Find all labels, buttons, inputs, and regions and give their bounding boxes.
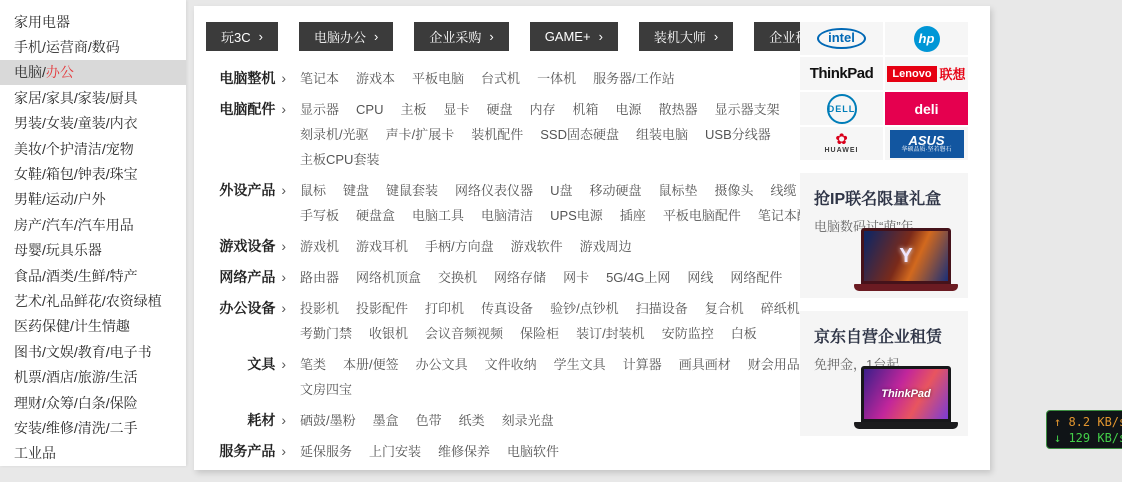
- category-link[interactable]: 网线: [687, 270, 713, 285]
- hp-wordmark: hp: [914, 26, 940, 52]
- brand-grid: intelhpThinkPadLenovo联想DELLdeli✿HUAWEIAS…: [800, 22, 968, 160]
- category-label-text: 电脑整机: [219, 70, 275, 86]
- category-row: 电脑配件›显示器CPU主板显卡硬盘内存机箱电源散热器显示器支架刻录机/光驱声卡/…: [206, 97, 806, 172]
- category-link[interactable]: 碎纸机: [761, 301, 800, 316]
- asus-tagline: 华硕品质·坚若磐石: [902, 147, 952, 154]
- category-link[interactable]: 网络机顶盒: [356, 270, 421, 285]
- category-link[interactable]: 装机配件: [471, 127, 523, 142]
- sidebar-item[interactable]: 房产/汽车/汽车用品: [0, 212, 186, 237]
- chevron-right-icon: ›: [281, 356, 286, 372]
- category-link[interactable]: 主板CPU套装: [300, 152, 379, 167]
- category-link[interactable]: UPS电源: [550, 208, 603, 223]
- chevron-right-icon: ›: [714, 29, 718, 44]
- category-link[interactable]: 安防监控: [662, 326, 714, 341]
- category-links: 路由器网络机顶盒交换机网络存储网卡5G/4G上网网线网络配件: [300, 265, 799, 290]
- category-link[interactable]: 计算器: [623, 357, 662, 372]
- chevron-right-icon: ›: [599, 29, 603, 44]
- promo-title: 京东自营企业租赁: [814, 324, 968, 347]
- thinkpad-brand-logo[interactable]: ThinkPad: [800, 57, 883, 90]
- category-link[interactable]: 服务器/工作站: [593, 71, 675, 86]
- category-link[interactable]: 一体机: [537, 71, 576, 86]
- intel-wordmark: intel: [817, 28, 866, 49]
- category-links: 鼠标键盘键鼠套装网络仪表仪器U盘移动硬盘鼠标垫摄像头线缆手写板硬盘盒电脑工具电脑…: [300, 178, 840, 228]
- sidebar-item-label: 安装/维修/清洗/二手: [14, 418, 138, 438]
- category-link[interactable]: 游戏周边: [580, 239, 632, 254]
- sidebar-item[interactable]: 男鞋/运动/户外: [0, 187, 186, 212]
- category-link[interactable]: 财会用品: [748, 357, 800, 372]
- huawei-brand-logo[interactable]: ✿HUAWEI: [800, 127, 883, 160]
- lenovo-brand-logo[interactable]: Lenovo联想: [885, 57, 968, 90]
- category-label-link[interactable]: 服务产品›: [206, 439, 286, 464]
- category-label-link[interactable]: 办公设备›: [206, 296, 286, 346]
- chevron-right-icon: ›: [281, 182, 286, 198]
- asus-brand-logo[interactable]: ASUS华硕品质·坚若磐石: [885, 127, 968, 160]
- sidebar-item[interactable]: 医药保健/计生情趣: [0, 314, 186, 339]
- category-link[interactable]: 色带: [416, 413, 442, 428]
- quick-link-label: 电脑办公: [314, 27, 366, 46]
- sidebar-item-label: 女鞋/箱包/钟表/珠宝: [14, 164, 138, 184]
- category-row: 游戏设备›游戏机游戏耳机手柄/方向盘游戏软件游戏周边: [206, 234, 806, 259]
- category-link[interactable]: 装订/封装机: [576, 326, 645, 341]
- category-link[interactable]: 电脑工具: [412, 208, 464, 223]
- deli-brand-logo[interactable]: deli: [885, 92, 968, 125]
- category-link[interactable]: 游戏耳机: [356, 239, 408, 254]
- chevron-right-icon: ›: [281, 443, 286, 459]
- category-link[interactable]: 游戏本: [356, 71, 395, 86]
- promo-card-enterprise-rental[interactable]: 京东自营企业租赁 免押金，1台起 ThinkPad: [800, 311, 968, 436]
- category-row: 办公设备›投影机投影配件打印机传真设备验钞/点钞机扫描设备复合机碎纸机考勤门禁收…: [206, 296, 806, 346]
- category-link[interactable]: 墨盒: [373, 413, 399, 428]
- category-link[interactable]: 插座: [620, 208, 646, 223]
- category-link[interactable]: 平板电脑: [412, 71, 464, 86]
- quick-link-button[interactable]: 电脑办公›: [299, 22, 393, 51]
- quick-link-label: 企业采购: [429, 27, 481, 46]
- sidebar-item-label: 男鞋/运动/户外: [14, 189, 106, 209]
- lenovo-wordmark: Lenovo: [887, 66, 936, 82]
- quick-link-label: 玩3C: [221, 27, 251, 46]
- category-link-line: 路由器网络机顶盒交换机网络存储网卡5G/4G上网网线网络配件: [300, 265, 799, 290]
- category-link[interactable]: 办公文具: [416, 357, 468, 372]
- sidebar-item[interactable]: 安装/维修/清洗/二手: [0, 415, 186, 440]
- category-link[interactable]: 游戏机: [300, 239, 339, 254]
- category-row: 外设产品›鼠标键盘键鼠套装网络仪表仪器U盘移动硬盘鼠标垫摄像头线缆手写板硬盘盒电…: [206, 178, 806, 228]
- deli-wordmark: deli: [885, 92, 968, 125]
- laptop-base: [854, 422, 958, 429]
- category-label-text: 外设产品: [219, 182, 275, 198]
- category-link-line: 游戏机游戏耳机手柄/方向盘游戏软件游戏周边: [300, 234, 649, 259]
- category-link[interactable]: 电脑清洁: [481, 208, 533, 223]
- category-link[interactable]: 显卡: [443, 102, 469, 117]
- sidebar-item[interactable]: 手机/运营商/数码: [0, 34, 186, 59]
- sidebar-item-label: 家居/家具/家装/厨具: [14, 88, 138, 108]
- category-link[interactable]: 白板: [731, 326, 757, 341]
- chevron-right-icon: ›: [281, 300, 286, 316]
- sidebar-item[interactable]: 女鞋/箱包/钟表/珠宝: [0, 161, 186, 186]
- category-link-line: 主板CPU套装: [300, 147, 797, 172]
- category-label-text: 服务产品: [219, 443, 275, 459]
- sidebar-item[interactable]: 机票/酒店/旅游/生活: [0, 364, 186, 389]
- category-link[interactable]: 网络仪表仪器: [455, 183, 533, 198]
- category-link[interactable]: 延保服务: [300, 444, 352, 459]
- sidebar-item[interactable]: 图书/文娱/教育/电子书: [0, 339, 186, 364]
- category-link[interactable]: 内存: [530, 102, 556, 117]
- thinkpad-wordmark: ThinkPad: [810, 65, 874, 82]
- category-link-line: 刻录机/光驱声卡/扩展卡装机配件SSD固态硬盘组装电脑USB分线器: [300, 122, 797, 147]
- sidebar-item-label: 医药保健/计生情趣: [14, 316, 130, 336]
- sidebar-item[interactable]: 食品/酒类/生鲜/特产: [0, 263, 186, 288]
- category-link-line: 笔记本游戏本平板电脑台式机一体机服务器/工作站: [300, 66, 692, 91]
- category-link-line: 硒鼓/墨粉墨盒色带纸类刻录光盘: [300, 408, 571, 433]
- brand-promo-column: intelhpThinkPadLenovo联想DELLdeli✿HUAWEIAS…: [800, 22, 968, 436]
- category-row: 文具›笔类本册/便签办公文具文件收纳学生文具计算器画具画材财会用品文房四宝: [206, 352, 806, 402]
- category-link[interactable]: 收银机: [369, 326, 408, 341]
- chevron-right-icon: ›: [281, 412, 286, 428]
- laptop-screen: Y: [861, 228, 951, 284]
- category-link[interactable]: 移动硬盘: [589, 183, 641, 198]
- category-label-text: 耗材: [247, 412, 275, 428]
- promo-card-gift-box[interactable]: 抢IP联名限量礼盒 电脑数码过“萌”年 Y: [800, 173, 968, 298]
- sidebar-item-label: 母婴/玩具乐器: [14, 240, 102, 260]
- category-link[interactable]: 画具画材: [679, 357, 731, 372]
- category-label-text: 游戏设备: [219, 238, 275, 254]
- quick-link-button[interactable]: 企业采购›: [414, 22, 508, 51]
- category-link[interactable]: 5G/4G上网: [606, 270, 670, 285]
- category-link[interactable]: 维修保养: [438, 444, 490, 459]
- category-link[interactable]: 平板电脑配件: [663, 208, 741, 223]
- category-link[interactable]: 笔记本: [300, 71, 339, 86]
- category-link-line: 延保服务上门安装维修保养电脑软件: [300, 439, 576, 464]
- category-row: 耗材›硒鼓/墨粉墨盒色带纸类刻录光盘: [206, 408, 806, 433]
- huawei-flower-icon: ✿: [835, 133, 848, 147]
- category-row: 电脑整机›笔记本游戏本平板电脑台式机一体机服务器/工作站: [206, 66, 806, 91]
- category-link[interactable]: 硒鼓/墨粉: [300, 413, 356, 428]
- category-link[interactable]: 纸类: [459, 413, 485, 428]
- category-link[interactable]: 传真设备: [481, 301, 533, 316]
- promo-title: 抢IP联名限量礼盒: [814, 186, 968, 209]
- chevron-right-icon: ›: [259, 29, 263, 44]
- category-link-line: 笔类本册/便签办公文具文件收纳学生文具计算器画具画材财会用品: [300, 352, 817, 377]
- sidebar-item[interactable]: 电脑/办公: [0, 60, 186, 85]
- category-links: 笔类本册/便签办公文具文件收纳学生文具计算器画具画材财会用品文房四宝: [300, 352, 817, 402]
- category-link[interactable]: 鼠标垫: [658, 183, 697, 198]
- sidebar-item-label: 理财/众筹/白条/保险: [14, 393, 138, 413]
- quick-link-label: 装机大师: [654, 27, 706, 46]
- category-link[interactable]: 验钞/点钞机: [550, 301, 619, 316]
- category-link[interactable]: 文件收纳: [485, 357, 537, 372]
- asus-wordmark: ASUS: [908, 134, 944, 147]
- sidebar-item[interactable]: 家用电器: [0, 9, 186, 34]
- sidebar-item-label: 男装/女装/童装/内衣: [14, 113, 138, 133]
- category-link[interactable]: 文房四宝: [300, 382, 352, 397]
- category-link[interactable]: 网络配件: [730, 270, 782, 285]
- category-label-link[interactable]: 文具›: [206, 352, 286, 402]
- category-row: 网络产品›路由器网络机顶盒交换机网络存储网卡5G/4G上网网线网络配件: [206, 265, 806, 290]
- category-link[interactable]: 散热器: [659, 102, 698, 117]
- category-links: 游戏机游戏耳机手柄/方向盘游戏软件游戏周边: [300, 234, 649, 259]
- laptop-screen: ThinkPad: [861, 366, 951, 422]
- network-speed-indicator: ↑ 8.2 KB/s ↓ 129 KB/s: [1046, 410, 1122, 449]
- category-links: 硒鼓/墨粉墨盒色带纸类刻录光盘: [300, 408, 571, 433]
- sidebar-item-label: 食品/酒类/生鲜/特产: [14, 266, 138, 286]
- category-link[interactable]: 电源: [616, 102, 642, 117]
- category-link[interactable]: 组装电脑: [636, 127, 688, 142]
- sidebar-item[interactable]: 理财/众筹/白条/保险: [0, 390, 186, 415]
- dell-wordmark: DELL: [827, 94, 857, 124]
- category-links: 显示器CPU主板显卡硬盘内存机箱电源散热器显示器支架刻录机/光驱声卡/扩展卡装机…: [300, 97, 797, 172]
- category-link[interactable]: 网络存储: [494, 270, 546, 285]
- category-link[interactable]: 刻录机/光驱: [300, 127, 369, 142]
- category-link[interactable]: 笔类: [300, 357, 326, 372]
- category-link[interactable]: 硬盘盒: [356, 208, 395, 223]
- chevron-right-icon: ›: [281, 238, 286, 254]
- thinkpad-laptop-image: ThinkPad: [854, 366, 958, 429]
- quick-link-label: GAME+: [545, 29, 591, 44]
- chevron-right-icon: ›: [281, 269, 286, 285]
- sidebar-item-label: 美妆/个护清洁/宠物: [14, 139, 134, 159]
- intel-brand-logo[interactable]: intel: [800, 22, 883, 55]
- chevron-right-icon: ›: [281, 70, 286, 86]
- sidebar-item-label: 工业品: [14, 443, 56, 463]
- huawei-wordmark: HUAWEI: [825, 147, 859, 154]
- sidebar-item[interactable]: 母婴/玩具乐器: [0, 238, 186, 263]
- category-link[interactable]: 交换机: [438, 270, 477, 285]
- sidebar-item[interactable]: 美妆/个护清洁/宠物: [0, 136, 186, 161]
- sidebar-item-label: 图书/文娱/教育/电子书: [14, 342, 152, 362]
- category-link[interactable]: 键盘: [343, 183, 369, 198]
- chevron-right-icon: ›: [281, 101, 286, 117]
- category-link[interactable]: CPU: [356, 102, 383, 117]
- category-link[interactable]: 线缆: [771, 183, 797, 198]
- category-label-link[interactable]: 耗材›: [206, 408, 286, 433]
- download-speed: ↓ 129 KB/s: [1054, 430, 1122, 446]
- category-link[interactable]: 投影配件: [356, 301, 408, 316]
- category-link[interactable]: 机箱: [573, 102, 599, 117]
- category-link-line: 显示器CPU主板显卡硬盘内存机箱电源散热器显示器支架: [300, 97, 797, 122]
- category-link[interactable]: 保险柜: [520, 326, 559, 341]
- category-link[interactable]: 声卡/扩展卡: [386, 127, 455, 142]
- category-label-text: 网络产品: [219, 269, 275, 285]
- category-label-text: 电脑配件: [219, 101, 275, 117]
- category-link[interactable]: 台式机: [481, 71, 520, 86]
- category-link[interactable]: 路由器: [300, 270, 339, 285]
- category-link[interactable]: 刻录光盘: [502, 413, 554, 428]
- category-link[interactable]: 网卡: [563, 270, 589, 285]
- sidebar-item[interactable]: 家居/家具/家装/厨具: [0, 85, 186, 110]
- category-link-line: 投影机投影配件打印机传真设备验钞/点钞机扫描设备复合机碎纸机: [300, 296, 817, 321]
- sidebar-item-label: 房产/汽车/汽车用品: [14, 215, 134, 235]
- sidebar-item-label: 电脑/: [14, 62, 46, 82]
- category-link[interactable]: 键鼠套装: [386, 183, 438, 198]
- category-link[interactable]: 显示器支架: [715, 102, 780, 117]
- category-link-line: 考勤门禁收银机会议音频视频保险柜装订/封装机安防监控白板: [300, 321, 817, 346]
- quick-link-button[interactable]: 装机大师›: [639, 22, 733, 51]
- category-link[interactable]: 电脑软件: [507, 444, 559, 459]
- category-link[interactable]: 扫描设备: [636, 301, 688, 316]
- asus-badge: ASUS华硕品质·坚若磐石: [890, 130, 964, 158]
- category-link[interactable]: 硬盘: [487, 102, 513, 117]
- sidebar-item-label-accent: 办公: [46, 62, 74, 82]
- sidebar-item[interactable]: 男装/女装/童装/内衣: [0, 111, 186, 136]
- category-list: 电脑整机›笔记本游戏本平板电脑台式机一体机服务器/工作站电脑配件›显示器CPU主…: [206, 66, 806, 464]
- category-link[interactable]: 学生文具: [554, 357, 606, 372]
- category-label-text: 文具: [247, 356, 275, 372]
- sidebar-item-label: 艺术/礼品鲜花/农资绿植: [14, 291, 162, 311]
- category-label-link[interactable]: 游戏设备›: [206, 234, 286, 259]
- category-links: 投影机投影配件打印机传真设备验钞/点钞机扫描设备复合机碎纸机考勤门禁收银机会议音…: [300, 296, 817, 346]
- quick-link-button[interactable]: GAME+›: [530, 22, 618, 51]
- upload-speed: ↑ 8.2 KB/s: [1054, 414, 1122, 430]
- sidebar-item-label: 机票/酒店/旅游/生活: [14, 367, 138, 387]
- category-label-link[interactable]: 网络产品›: [206, 265, 286, 290]
- category-link[interactable]: 上门安装: [369, 444, 421, 459]
- category-link-line: 鼠标键盘键鼠套装网络仪表仪器U盘移动硬盘鼠标垫摄像头线缆: [300, 178, 840, 203]
- category-link[interactable]: 复合机: [705, 301, 744, 316]
- category-link[interactable]: 显示器: [300, 102, 339, 117]
- hp-brand-logo[interactable]: hp: [885, 22, 968, 55]
- category-label-link[interactable]: 电脑整机›: [206, 66, 286, 91]
- sidebar-item[interactable]: 工业品: [0, 441, 186, 466]
- computer-office-flyout-panel: 玩3C›电脑办公›企业采购›GAME+›装机大师›企业租赁› 电脑整机›笔记本游…: [194, 6, 990, 470]
- category-link[interactable]: 本册/便签: [343, 357, 399, 372]
- category-link[interactable]: 主板: [400, 102, 426, 117]
- category-link[interactable]: 打印机: [425, 301, 464, 316]
- category-link[interactable]: U盘: [550, 183, 572, 198]
- sidebar-item-label: 家用电器: [14, 12, 70, 32]
- gaming-laptop-image: Y: [854, 228, 958, 291]
- category-sidebar: 家用电器手机/运营商/数码电脑/办公家居/家具/家装/厨具男装/女装/童装/内衣…: [0, 0, 186, 466]
- category-link[interactable]: 考勤门禁: [300, 326, 352, 341]
- category-label-link[interactable]: 电脑配件›: [206, 97, 286, 172]
- chevron-right-icon: ›: [374, 29, 378, 44]
- dell-brand-logo[interactable]: DELL: [800, 92, 883, 125]
- category-label-text: 办公设备: [219, 300, 275, 316]
- laptop-base: [854, 284, 958, 291]
- category-link-line: 文房四宝: [300, 377, 817, 402]
- quick-link-button[interactable]: 玩3C›: [206, 22, 278, 51]
- category-link[interactable]: 手柄/方向盘: [425, 239, 494, 254]
- category-links: 延保服务上门安装维修保养电脑软件: [300, 439, 576, 464]
- category-link[interactable]: 投影机: [300, 301, 339, 316]
- category-link[interactable]: SSD固态硬盘: [540, 127, 619, 142]
- category-row: 服务产品›延保服务上门安装维修保养电脑软件: [206, 439, 806, 464]
- category-link[interactable]: 摄像头: [714, 183, 753, 198]
- category-link[interactable]: USB分线器: [705, 127, 771, 142]
- lenovo-logo-row: Lenovo联想: [887, 64, 965, 83]
- category-label-link[interactable]: 外设产品›: [206, 178, 286, 228]
- category-link[interactable]: 游戏软件: [511, 239, 563, 254]
- sidebar-item[interactable]: 艺术/礼品鲜花/农资绿植: [0, 288, 186, 313]
- chevron-right-icon: ›: [489, 29, 493, 44]
- category-links: 笔记本游戏本平板电脑台式机一体机服务器/工作站: [300, 66, 692, 91]
- category-link[interactable]: 会议音频视频: [425, 326, 503, 341]
- lenovo-chinese-name: 联想: [940, 64, 966, 83]
- category-link[interactable]: 手写板: [300, 208, 339, 223]
- sidebar-item-label: 手机/运营商/数码: [14, 37, 120, 57]
- category-link[interactable]: 鼠标: [300, 183, 326, 198]
- category-link-line: 手写板硬盘盒电脑工具电脑清洁UPS电源插座平板电脑配件笔记本配件: [300, 203, 840, 228]
